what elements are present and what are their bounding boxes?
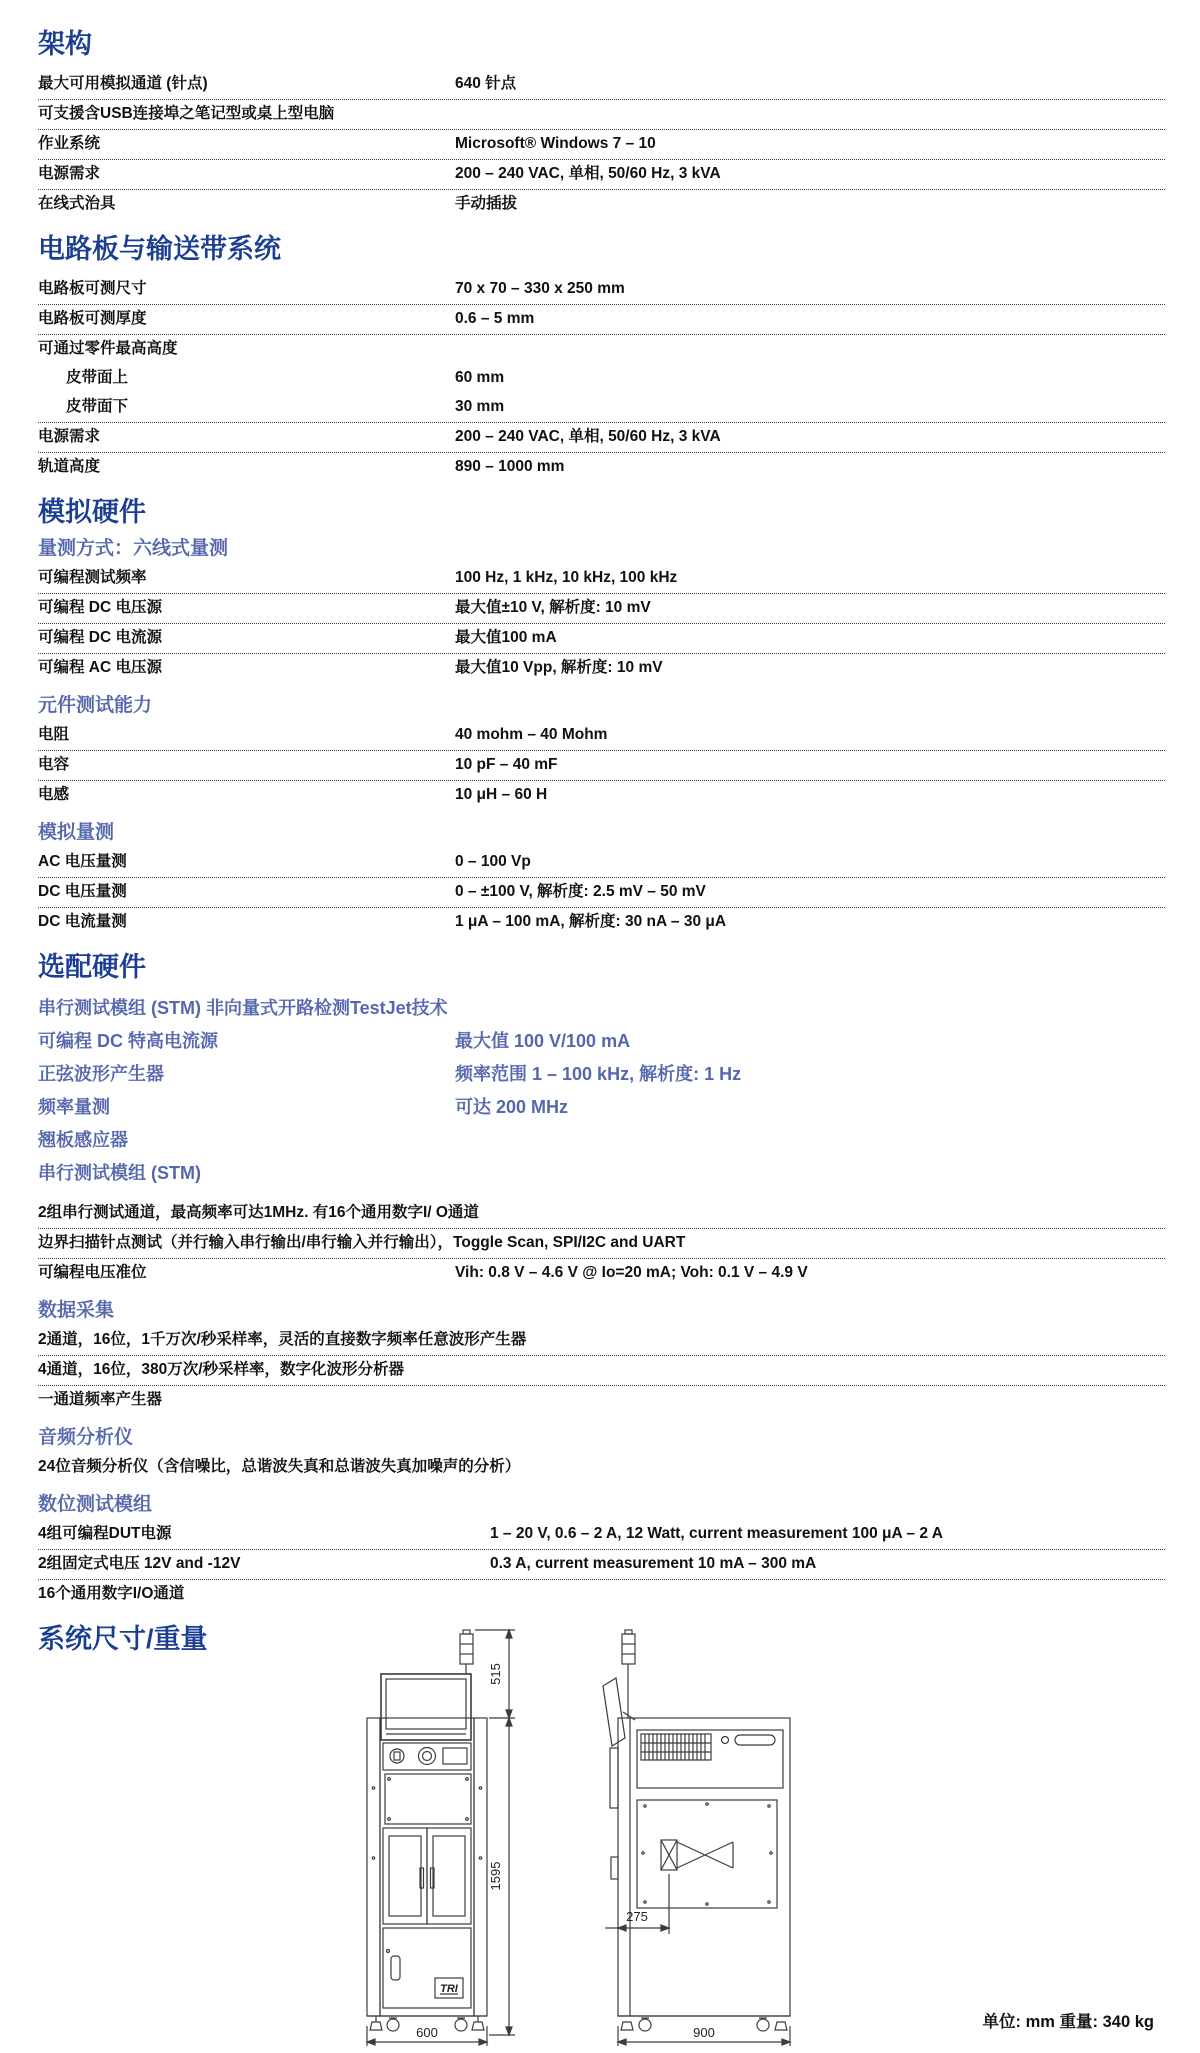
- spec-value: 10 μH – 60 H: [455, 786, 1165, 804]
- spec-value: 200 – 240 VAC, 单相, 50/60 Hz, 3 kVA: [455, 165, 1165, 183]
- spec-label: 可编程 DC 电压源: [38, 599, 455, 617]
- spec-row: 可编程 DC 电压源最大值±10 V, 解析度: 10 mV: [38, 594, 1165, 624]
- spec-label: 边界扫描针点测试（并行输入串行输出/串行输入并行输出），Toggle Scan,…: [38, 1234, 1165, 1252]
- spec-row: 电源需求200 – 240 VAC, 单相, 50/60 Hz, 3 kVA: [38, 160, 1165, 190]
- spec-row: 24位音频分析仪（含信噪比，总谐波失真和总谐波失真加噪声的分析）: [38, 1453, 1165, 1482]
- spec-label: 电容: [38, 756, 455, 774]
- subsection-heading: 量测方式：六线式量测: [38, 538, 1165, 560]
- spec-label: 电源需求: [38, 165, 455, 183]
- spec-table: 最大可用模拟通道 (针点)640 针点可支援含USB连接埠之笔记型或桌上型电脑作…: [38, 70, 1165, 219]
- spec-value: 640 针点: [455, 75, 1165, 93]
- spec-value: 频率范围 1 – 100 kHz, 解析度: 1 Hz: [455, 1064, 1165, 1085]
- subsection-heading: 数位测试模组: [38, 1494, 1165, 1516]
- spec-row: 电容10 pF – 40 mF: [38, 751, 1165, 781]
- spec-label: 电路板可测尺寸: [38, 280, 455, 298]
- spec-row: 可编程 DC 电流源最大值100 mA: [38, 624, 1165, 654]
- spec-row: 2组固定式电压 12V and -12V0.3 A, current measu…: [38, 1550, 1165, 1580]
- monitor-side-icon: [603, 1678, 625, 1746]
- signal-tower-icon: [622, 1630, 635, 1718]
- subsection-heading: 模拟量测: [38, 822, 1165, 844]
- spec-value: 70 x 70 – 330 x 250 mm: [455, 280, 1165, 298]
- spec-row: 频率量测可达 200 MHz: [38, 1092, 1165, 1125]
- spec-label: 在线式治具: [38, 195, 455, 213]
- spec-row: 在线式治具手动插拔: [38, 190, 1165, 219]
- spec-row: 串行测试模组 (STM): [38, 1158, 1165, 1191]
- spec-label: 24位音频分析仪（含信噪比，总谐波失真和总谐波失真加噪声的分析）: [38, 1458, 1165, 1476]
- spec-label: 16个通用数字I/O通道: [38, 1585, 1165, 1603]
- spec-value: 最大值100 mA: [455, 629, 1165, 647]
- spec-value: 30 mm: [455, 398, 1165, 416]
- spec-row: 作业系统Microsoft® Windows 7 – 10: [38, 130, 1165, 160]
- spec-label: 可通过零件最高高度: [38, 340, 1165, 358]
- subsection-heading: 数据采集: [38, 1300, 1165, 1322]
- spec-table: 电路板可测尺寸70 x 70 – 330 x 250 mm电路板可测厚度0.6 …: [38, 275, 1165, 482]
- spec-row: 电路板可测尺寸70 x 70 – 330 x 250 mm: [38, 275, 1165, 305]
- spec-value: 0 – 100 Vp: [455, 853, 1165, 871]
- spec-row: 16个通用数字I/O通道: [38, 1580, 1165, 1609]
- control-panel: [383, 1743, 471, 1770]
- spec-label: 可编程电压准位: [38, 1264, 455, 1282]
- spec-value: 可达 200 MHz: [455, 1097, 1165, 1118]
- tri-logo: TRI: [440, 1983, 459, 1995]
- spec-label: 串行测试模组 (STM): [38, 1163, 1165, 1184]
- spec-label: 电路板可测厚度: [38, 310, 455, 328]
- unit-weight-note: 单位: mm 重量: 340 kg: [983, 2008, 1154, 2032]
- spec-row: 皮带面下30 mm: [38, 393, 1165, 423]
- spec-row: 串行测试模组 (STM) 非向量式开路检测TestJet技术: [38, 993, 1165, 1026]
- spec-table: 2通道，16位，1千万次/秒采样率，灵活的直接数字频率任意波形产生器4通道，16…: [38, 1326, 1165, 1415]
- spec-label: 作业系统: [38, 135, 455, 153]
- spec-label: 电阻: [38, 726, 455, 744]
- spec-row: 4通道，16位，380万次/秒采样率，数字化波形分析器: [38, 1356, 1165, 1386]
- spec-value: 手动插拔: [455, 195, 1165, 213]
- spec-row: 轨道高度890 – 1000 mm: [38, 453, 1165, 482]
- spec-value: 最大值 100 V/100 mA: [455, 1031, 1165, 1052]
- dim-label-1595: 1595: [488, 1862, 503, 1891]
- spec-row: 皮带面上60 mm: [38, 364, 1165, 393]
- spec-label: DC 电压量测: [38, 883, 455, 901]
- spec-label: 正弦波形产生器: [38, 1064, 455, 1085]
- spec-label: 4组可编程DUT电源: [38, 1525, 490, 1543]
- spec-row: 可通过零件最高高度: [38, 335, 1165, 364]
- spec-value: 10 pF – 40 mF: [455, 756, 1165, 774]
- spec-label: 2通道，16位，1千万次/秒采样率，灵活的直接数字频率任意波形产生器: [38, 1331, 1165, 1349]
- section-heading: 选配硬件: [38, 953, 1165, 981]
- spec-value: 1 – 20 V, 0.6 – 2 A, 12 Watt, current me…: [490, 1525, 1165, 1543]
- spec-value: 0.3 A, current measurement 10 mA – 300 m…: [490, 1555, 1165, 1573]
- lower-door: [383, 1928, 471, 2008]
- subsection-heading: 音频分析仪: [38, 1427, 1165, 1449]
- spec-value: 0.6 – 5 mm: [455, 310, 1165, 328]
- spec-row: 电感10 μH – 60 H: [38, 781, 1165, 810]
- spec-row: 2组串行测试通道，最高频率可达1MHz. 有16个通用数字I/ O通道: [38, 1199, 1165, 1229]
- spec-value: 100 Hz, 1 kHz, 10 kHz, 100 kHz: [455, 569, 1165, 587]
- vent-grille: [637, 1730, 783, 1788]
- spec-value: Vih: 0.8 V – 4.6 V @ Io=20 mA; Voh: 0.1 …: [455, 1264, 1165, 1282]
- spec-label: 2组固定式电压 12V and -12V: [38, 1555, 490, 1573]
- spec-body: 架构最大可用模拟通道 (针点)640 针点可支援含USB连接埠之笔记型或桌上型电…: [0, 0, 1200, 1653]
- spec-label: 4通道，16位，380万次/秒采样率，数字化波形分析器: [38, 1361, 1165, 1379]
- spec-label: 可编程 DC 特高电流源: [38, 1031, 455, 1052]
- spec-row: 边界扫描针点测试（并行输入串行输出/串行输入并行输出），Toggle Scan,…: [38, 1229, 1165, 1259]
- spec-label: 可编程 AC 电压源: [38, 659, 455, 677]
- spec-value: 最大值±10 V, 解析度: 10 mV: [455, 599, 1165, 617]
- section-heading: 电路板与输送带系统: [38, 235, 1165, 263]
- cabinet-doors: [383, 1828, 471, 1924]
- dim-label-900: 900: [693, 2025, 715, 2040]
- spec-value: 60 mm: [455, 369, 1165, 387]
- spec-label: 电感: [38, 786, 455, 804]
- spec-label: 皮带面上: [38, 369, 455, 387]
- spec-table: 24位音频分析仪（含信噪比，总谐波失真和总谐波失真加噪声的分析）: [38, 1453, 1165, 1482]
- spec-row: 可支援含USB连接埠之笔记型或桌上型电脑: [38, 100, 1165, 130]
- subsection-heading: 元件测试能力: [38, 695, 1165, 717]
- section-heading: 架构: [38, 30, 1165, 58]
- spec-table: 2组串行测试通道，最高频率可达1MHz. 有16个通用数字I/ O通道边界扫描针…: [38, 1199, 1165, 1288]
- spec-label: 串行测试模组 (STM) 非向量式开路检测TestJet技术: [38, 998, 1165, 1019]
- spec-label: 轨道高度: [38, 458, 455, 476]
- dim-label-515: 515: [488, 1663, 503, 1685]
- dimension-drawing: 515 1595 600 275 900 TRI: [285, 1628, 905, 2048]
- spec-label: 2组串行测试通道，最高频率可达1MHz. 有16个通用数字I/ O通道: [38, 1204, 1165, 1222]
- spec-value: 200 – 240 VAC, 单相, 50/60 Hz, 3 kVA: [455, 428, 1165, 446]
- spec-row: 可编程电压准位Vih: 0.8 V – 4.6 V @ Io=20 mA; Vo…: [38, 1259, 1165, 1288]
- spec-value: 40 mohm – 40 Mohm: [455, 726, 1165, 744]
- spec-label: 皮带面下: [38, 398, 455, 416]
- dim-label-275: 275: [626, 1909, 648, 1924]
- spec-row: 翘板感应器: [38, 1125, 1165, 1158]
- spec-label: AC 电压量测: [38, 853, 455, 871]
- option-list: 串行测试模组 (STM) 非向量式开路检测TestJet技术可编程 DC 特高电…: [38, 993, 1165, 1191]
- spec-row: 电阻40 mohm – 40 Mohm: [38, 721, 1165, 751]
- spec-table: 可编程测试频率100 Hz, 1 kHz, 10 kHz, 100 kHz可编程…: [38, 564, 1165, 683]
- spec-value: 1 μA – 100 mA, 解析度: 30 nA – 30 μA: [455, 913, 1165, 931]
- spec-row: 可编程测试频率100 Hz, 1 kHz, 10 kHz, 100 kHz: [38, 564, 1165, 594]
- spec-label: 可编程 DC 电流源: [38, 629, 455, 647]
- spec-row: 可编程 DC 特高电流源最大值 100 V/100 mA: [38, 1026, 1165, 1059]
- system-dimension-diagram: 515 1595 600 275 900 TRI: [285, 1628, 905, 2048]
- spec-value: 0 – ±100 V, 解析度: 2.5 mV – 50 mV: [455, 883, 1165, 901]
- spec-label: DC 电流量测: [38, 913, 455, 931]
- spec-row: DC 电流量测1 μA – 100 mA, 解析度: 30 nA – 30 μA: [38, 908, 1165, 937]
- dim-label-600: 600: [416, 2025, 438, 2040]
- side-view: [603, 1630, 790, 2046]
- spec-row: 正弦波形产生器频率范围 1 – 100 kHz, 解析度: 1 Hz: [38, 1059, 1165, 1092]
- spec-row: 电路板可测厚度0.6 – 5 mm: [38, 305, 1165, 335]
- section-heading: 模拟硬件: [38, 498, 1165, 526]
- spec-table: 电阻40 mohm – 40 Mohm电容10 pF – 40 mF电感10 μ…: [38, 721, 1165, 810]
- spec-value: 最大值10 Vpp, 解析度: 10 mV: [455, 659, 1165, 677]
- datasheet-page: 架构最大可用模拟通道 (针点)640 针点可支援含USB连接埠之笔记型或桌上型电…: [0, 0, 1200, 2053]
- spec-value: Microsoft® Windows 7 – 10: [455, 135, 1165, 153]
- spec-row: 可编程 AC 电压源最大值10 Vpp, 解析度: 10 mV: [38, 654, 1165, 683]
- spec-table: AC 电压量测0 – 100 VpDC 电压量测0 – ±100 V, 解析度:…: [38, 848, 1165, 937]
- spec-row: DC 电压量测0 – ±100 V, 解析度: 2.5 mV – 50 mV: [38, 878, 1165, 908]
- spec-label: 最大可用模拟通道 (针点): [38, 75, 455, 93]
- side-panel: [637, 1800, 777, 1908]
- spec-label: 可编程测试频率: [38, 569, 455, 587]
- spec-row: AC 电压量测0 – 100 Vp: [38, 848, 1165, 878]
- spec-value: 890 – 1000 mm: [455, 458, 1165, 476]
- spec-row: 2通道，16位，1千万次/秒采样率，灵活的直接数字频率任意波形产生器: [38, 1326, 1165, 1356]
- monitor-icon: [381, 1674, 471, 1740]
- spec-row: 4组可编程DUT电源1 – 20 V, 0.6 – 2 A, 12 Watt, …: [38, 1520, 1165, 1550]
- spec-row: 最大可用模拟通道 (针点)640 针点: [38, 70, 1165, 100]
- spec-row: 电源需求200 – 240 VAC, 单相, 50/60 Hz, 3 kVA: [38, 423, 1165, 453]
- spec-label: 翘板感应器: [38, 1130, 1165, 1151]
- spec-label: 一通道频率产生器: [38, 1391, 1165, 1409]
- spec-label: 频率量测: [38, 1097, 455, 1118]
- spec-label: 电源需求: [38, 428, 455, 446]
- spec-label: 可支援含USB连接埠之笔记型或桌上型电脑: [38, 105, 1165, 123]
- spec-table: 4组可编程DUT电源1 – 20 V, 0.6 – 2 A, 12 Watt, …: [38, 1520, 1165, 1609]
- spec-row: 一通道频率产生器: [38, 1386, 1165, 1415]
